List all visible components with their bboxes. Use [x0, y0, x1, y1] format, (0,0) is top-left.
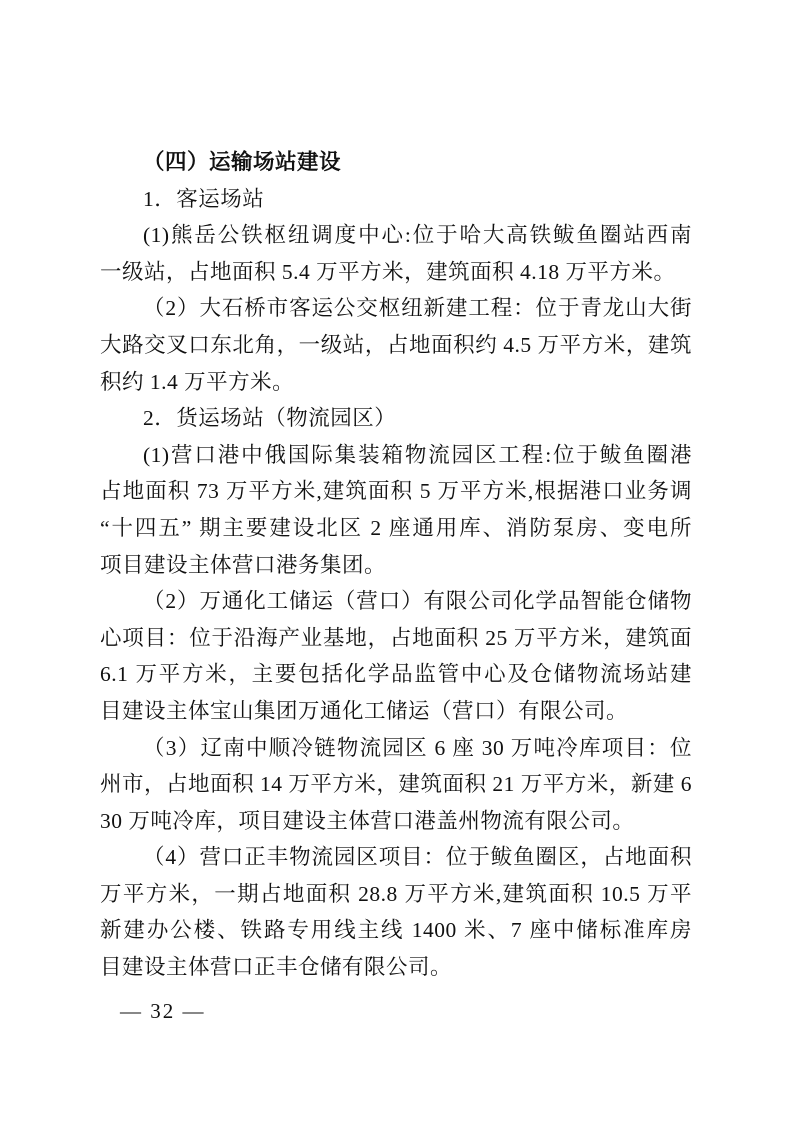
text-line: 新建办公楼、铁路专用线主线 1400 米、7 座中储标准库房等，项	[100, 912, 692, 949]
text-line: 州市，占地面积 14 万平方米，建筑面积 21 万平方米，新建 6 座	[100, 766, 692, 803]
document-body: （四）运输场站建设1．客运场站(1)熊岳公铁枢纽调度中心:位于哈大高铁鲅鱼圈站西…	[100, 144, 692, 986]
document-page: （四）运输场站建设1．客运场站(1)熊岳公铁枢纽调度中心:位于哈大高铁鲅鱼圈站西…	[0, 0, 793, 1122]
text-line: 一级站，占地面积 5.4 万平方米，建筑面积 4.18 万平方米。	[100, 254, 692, 291]
section-heading: （四）运输场站建设	[100, 144, 692, 181]
text-line: (1)熊岳公铁枢纽调度中心:位于哈大高铁鲅鱼圈站西南侧，	[100, 217, 692, 254]
text-line: 项目建设主体营口港务集团。	[100, 547, 692, 584]
text-line: 目建设主体宝山集团万通化工储运（营口）有限公司。	[100, 693, 692, 730]
page-number: — 32 —	[120, 998, 206, 1024]
text-line: 目建设主体营口正丰仓储有限公司。	[100, 949, 692, 986]
text-line: （2）大石桥市客运公交枢纽新建工程：位于青龙山大街和哈	[100, 290, 692, 327]
text-line: （2）万通化工储运（营口）有限公司化学品智能仓储物流中	[100, 583, 692, 620]
text-line: 心项目：位于沿海产业基地，占地面积 25 万平方米，建筑面积	[100, 620, 692, 657]
text-line: “十四五” 期主要建设北区 2 座通用库、消防泵房、变电所等，	[100, 510, 692, 547]
text-line: （3）辽南中顺冷链物流园区 6 座 30 万吨冷库项目：位于盖	[100, 730, 692, 767]
text-line: 万平方米，一期占地面积 28.8 万平方米,建筑面积 10.5 万平方米，	[100, 876, 692, 913]
text-line: 6.1 万平方米，主要包括化学品监管中心及仓储物流场站建设，项	[100, 656, 692, 693]
text-line: 积约 1.4 万平方米。	[100, 364, 692, 401]
text-line: 30 万吨冷库，项目建设主体营口港盖州物流有限公司。	[100, 803, 692, 840]
subsection-heading-passenger: 1．客运场站	[100, 181, 692, 218]
text-line: 占地面积 73 万平方米,建筑面积 5 万平方米,根据港口业务调整，	[100, 473, 692, 510]
subsection-heading-freight: 2．货运场站（物流园区）	[100, 400, 692, 437]
text-line: (1)营口港中俄国际集装箱物流园区工程:位于鲅鱼圈港区，	[100, 437, 692, 474]
text-line: （4）营口正丰物流园区项目：位于鲅鱼圈区，占地面积 35	[100, 839, 692, 876]
text-line: 大路交叉口东北角，一级站，占地面积约 4.5 万平方米，建筑面	[100, 327, 692, 364]
